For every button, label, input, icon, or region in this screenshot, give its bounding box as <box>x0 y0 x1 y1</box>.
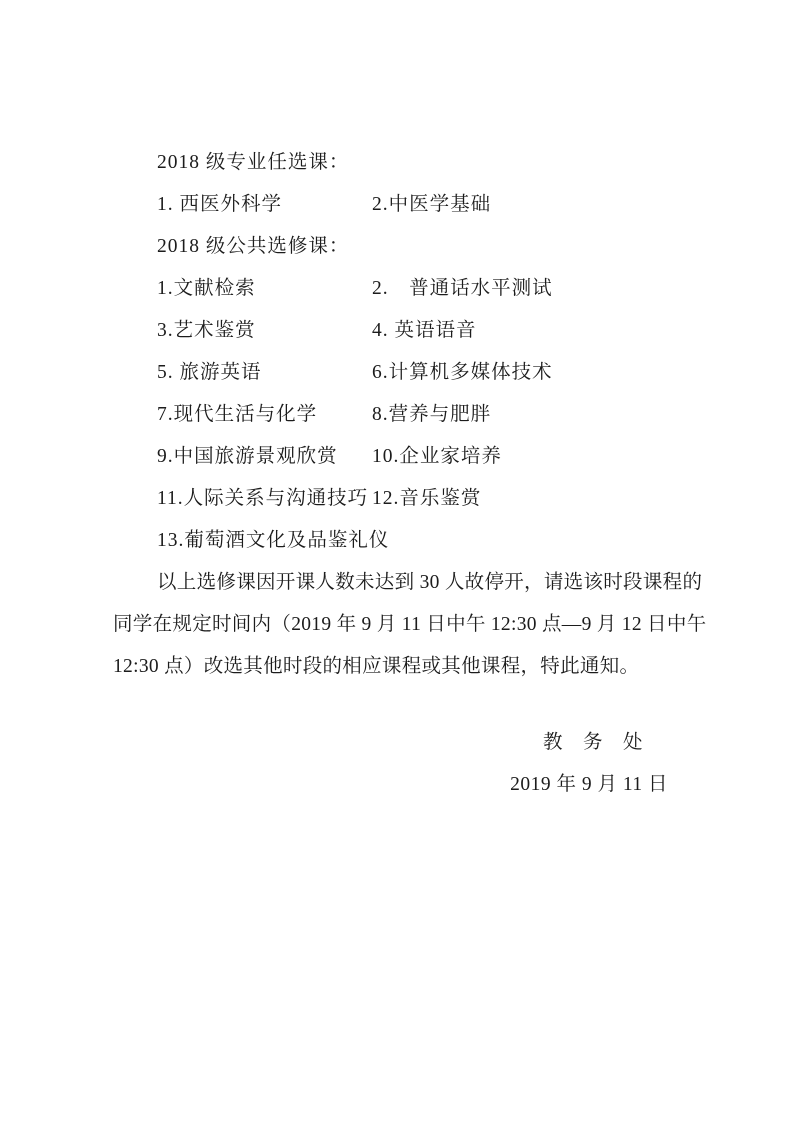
course-row: 1.文献检索 2. 普通话水平测试 <box>113 268 680 310</box>
notice-body: 2018 级专业任选课： 1. 西医外科学 2.中医学基础 2018 级公共选修… <box>113 142 680 806</box>
signature-office: 教 务 处 <box>113 722 680 764</box>
course-item: 5. 旅游英语 <box>157 362 262 383</box>
course-item: 3.艺术鉴赏 <box>157 320 256 341</box>
document-page: 2018 级专业任选课： 1. 西医外科学 2.中医学基础 2018 级公共选修… <box>0 0 793 1122</box>
course-item: 10.企业家培养 <box>372 436 502 478</box>
course-row: 13.葡萄酒文化及品鉴礼仪 <box>113 520 680 562</box>
notice-paragraph-line: 12:30 点）改选其他时段的相应课程或其他课程，特此通知。 <box>113 646 680 688</box>
course-row: 5. 旅游英语 6.计算机多媒体技术 <box>113 352 680 394</box>
course-row: 7.现代生活与化学 8.营养与肥胖 <box>113 394 680 436</box>
course-item: 8.营养与肥胖 <box>372 394 491 436</box>
course-item: 2. 普通话水平测试 <box>372 268 553 310</box>
course-row: 1. 西医外科学 2.中医学基础 <box>113 184 680 226</box>
course-item: 1. 西医外科学 <box>157 194 282 215</box>
course-row: 3.艺术鉴赏 4. 英语语音 <box>113 310 680 352</box>
course-item: 6.计算机多媒体技术 <box>372 352 553 394</box>
course-item: 9.中国旅游景观欣赏 <box>157 446 338 467</box>
section-heading-public-electives: 2018 级公共选修课： <box>113 226 680 268</box>
notice-paragraph-line: 同学在规定时间内（2019 年 9 月 11 日中午 12:30 点—9 月 1… <box>113 604 680 646</box>
section-heading-professional-electives: 2018 级专业任选课： <box>113 142 680 184</box>
notice-paragraph-line: 以上选修课因开课人数未达到 30 人故停开，请选该时段课程的 <box>113 562 680 604</box>
course-item: 12.音乐鉴赏 <box>372 478 481 520</box>
course-item: 11.人际关系与沟通技巧 <box>157 488 368 509</box>
course-item: 1.文献检索 <box>157 278 256 299</box>
course-row: 11.人际关系与沟通技巧 12.音乐鉴赏 <box>113 478 680 520</box>
course-item: 7.现代生活与化学 <box>157 404 317 425</box>
course-item: 4. 英语语音 <box>372 310 477 352</box>
blank-line <box>113 688 680 722</box>
course-item: 13.葡萄酒文化及品鉴礼仪 <box>157 530 389 551</box>
course-row: 9.中国旅游景观欣赏 10.企业家培养 <box>113 436 680 478</box>
course-item: 2.中医学基础 <box>372 184 491 226</box>
signature-date: 2019 年 9 月 11 日 <box>113 764 680 806</box>
